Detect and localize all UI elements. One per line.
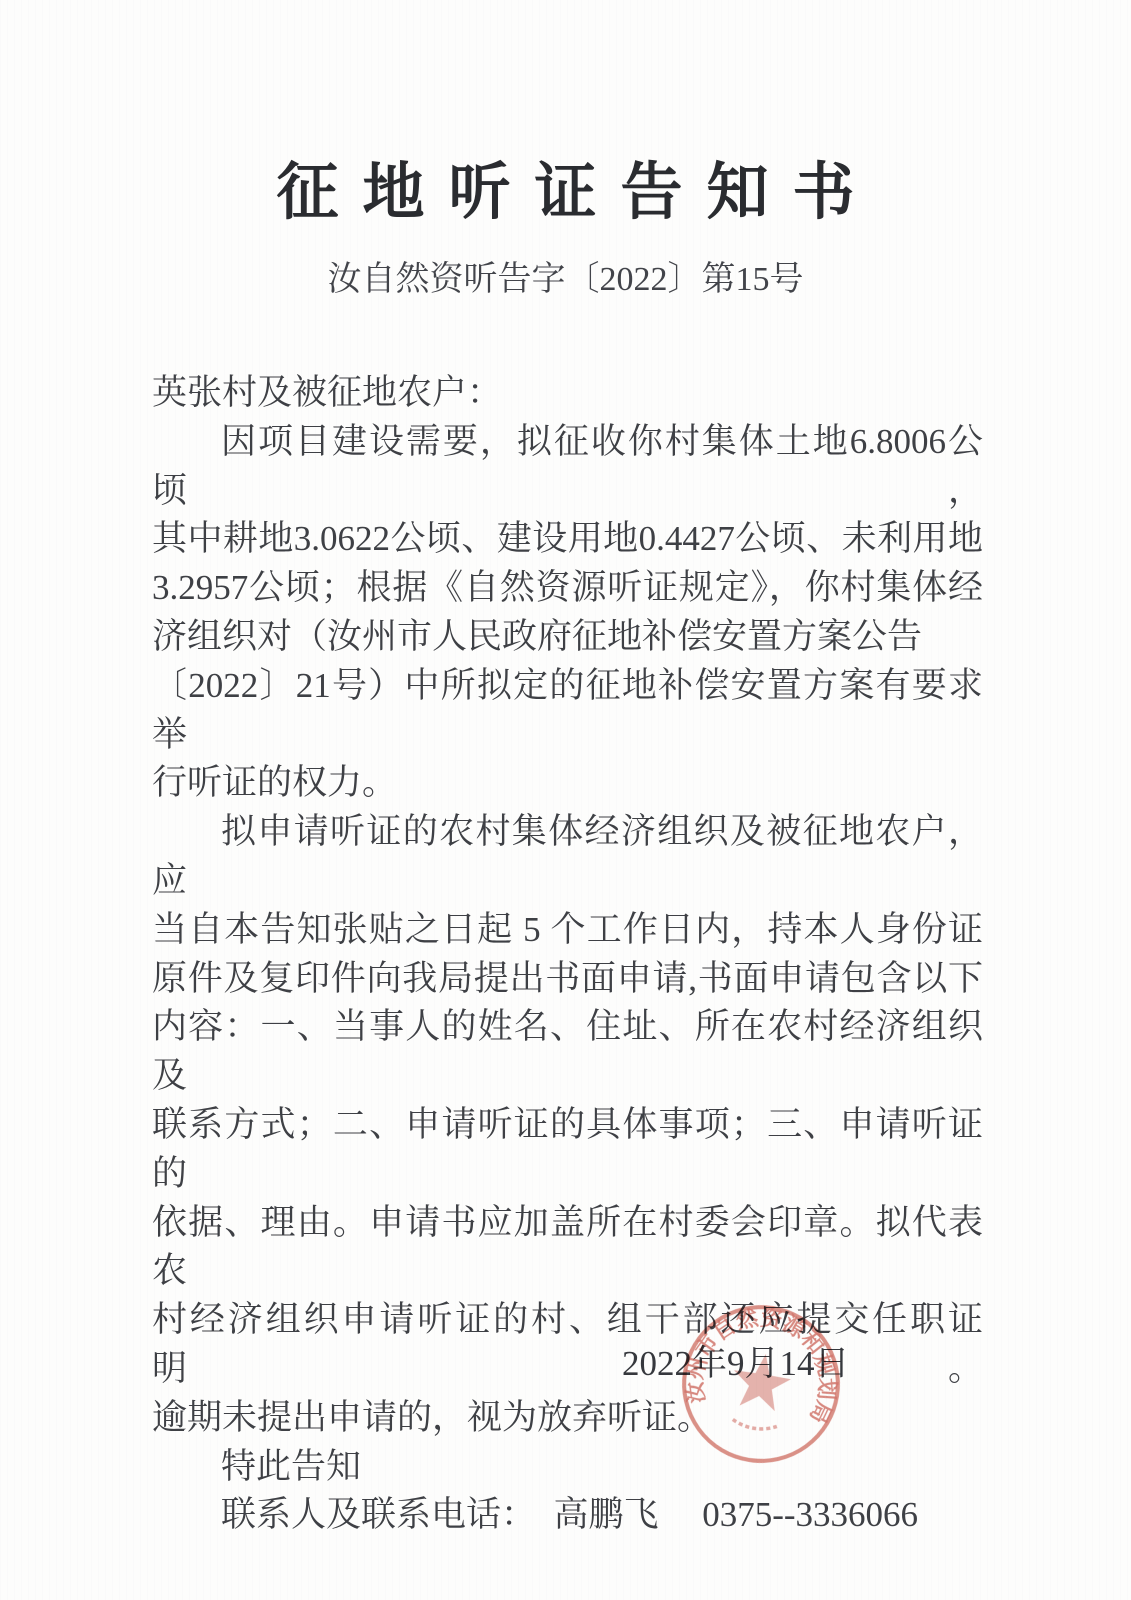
body-line: 依据、理由。申请书应加盖所在村委会印章。拟代表农 [152, 1199, 983, 1297]
body-line: 原件及复印件向我局提出书面申请,书面申请包含以下 [152, 955, 983, 1004]
body-line: 内容：一、当事人的姓名、住址、所在农村经济组织及 [152, 1003, 983, 1101]
body-line: 联系方式；二、申请听证的具体事项；三、申请听证的 [152, 1101, 983, 1199]
body-line: 联系人及联系电话： 高鹏飞 0375--3336066 [152, 1491, 983, 1540]
body-line: 3.2957公顷；根据《自然资源听证规定》，你村集体经 [152, 564, 983, 613]
document-body: 英张村及被征地农户：因项目建设需要，拟征收你村集体土地6.8006公顷，其中耕地… [152, 369, 983, 1540]
issue-date: 2022年9月14日 [622, 1342, 850, 1386]
body-line: 当自本告知张贴之日起 5 个工作日内，持本人身份证 [152, 906, 983, 955]
body-line: 拟申请听证的农村集体经济组织及被征地农户，应 [152, 808, 983, 906]
body-line: 因项目建设需要，拟征收你村集体土地6.8006公顷， [152, 418, 983, 516]
document-number: 汝自然资听告字〔2022〕第15号 [0, 258, 1131, 302]
body-line: 〔2022〕21号）中所拟定的征地补偿安置方案有要求举 [152, 662, 983, 760]
body-line: 济组织对（汝州市人民政府征地补偿安置方案公告 [152, 613, 983, 662]
body-line: 村经济组织申请听证的村、组干部还应提交任职证明。 [152, 1296, 983, 1394]
document-page: 征地听证告知书 汝自然资听告字〔2022〕第15号 英张村及被征地农户：因项目建… [0, 0, 1131, 1600]
document-title: 征地听证告知书 [0, 152, 1131, 234]
body-line: 行听证的权力。 [152, 759, 983, 808]
body-line: 英张村及被征地农户： [152, 369, 983, 418]
body-line: 其中耕地3.0622公顷、建设用地0.4427公顷、未利用地 [152, 515, 983, 564]
body-line: 特此告知 [152, 1443, 983, 1492]
body-line: 逾期未提出申请的，视为放弃听证。 [152, 1394, 983, 1443]
